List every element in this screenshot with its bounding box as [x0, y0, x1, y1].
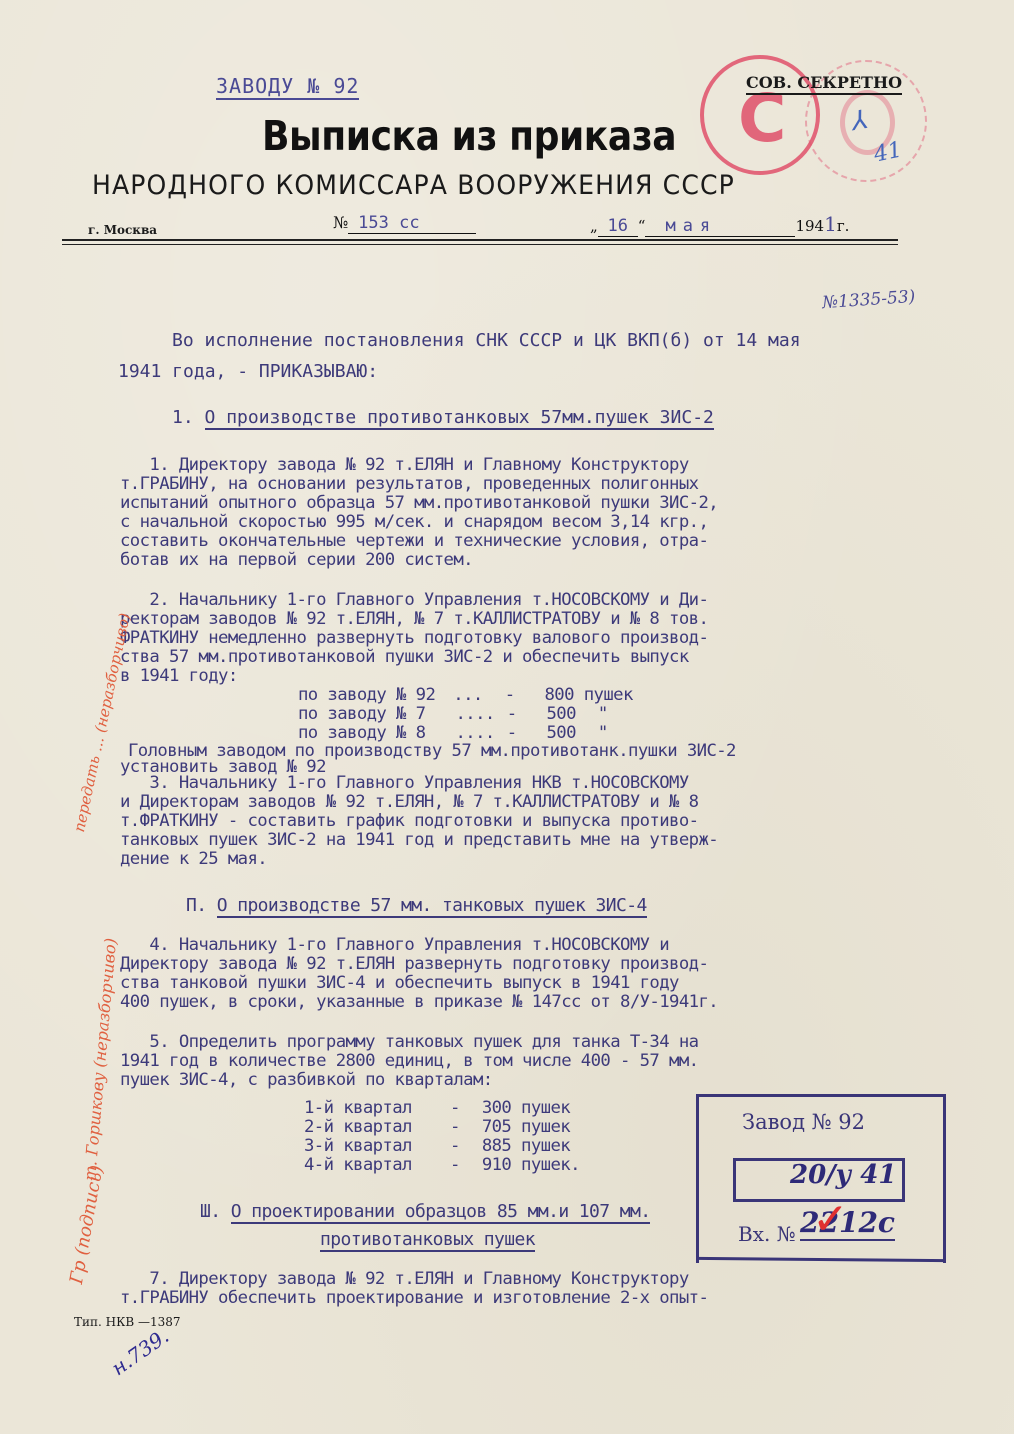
date-month: мая	[645, 216, 795, 237]
dots: ...	[453, 685, 482, 705]
qty: 885	[482, 1136, 511, 1156]
item-4-line-4: 400 пушек, в сроки, указанные в приказе …	[120, 993, 718, 1012]
unit: пушек	[521, 1098, 570, 1118]
quarter-row: 3-й квартал-885 пушек	[304, 1137, 580, 1156]
item-1-line-3: испытаний опытного образца 57 мм.противо…	[120, 494, 718, 513]
item-1-line-6: ботав их на первой серии 200 систем.	[120, 551, 473, 570]
date-year-prefix: 194	[795, 217, 824, 235]
registration-date: 20/у 41	[790, 1160, 896, 1190]
plant: по заводу № 7	[298, 704, 425, 724]
quote-open: „	[590, 217, 598, 235]
red-check-mark-icon: ✓	[812, 1194, 849, 1245]
item-7-line-2: т.ГРАБИНУ обеспечить проектирование и из…	[120, 1289, 708, 1308]
document-subtitle: НАРОДНОГО КОМИССАРА ВООРУЖЕНИЯ СССР	[92, 170, 735, 201]
date-day: 16	[598, 216, 638, 237]
allocation-table: по заводу № 92...-800 пушек по заводу № …	[298, 686, 633, 743]
plant: по заводу № 8	[298, 723, 425, 743]
allocation-row: по заводу № 7....-500"	[298, 705, 633, 724]
issue-city: г. Москва	[88, 223, 157, 237]
unit: "	[598, 723, 608, 743]
item-3-line-4: танковых пушек ЗИС-2 на 1941 год и предс…	[120, 831, 718, 850]
section-2-heading: П. О производстве 57 мм. танковых пушек …	[186, 896, 647, 915]
item-4-line-1: 4. Начальнику 1-го Главного Управления т…	[120, 936, 669, 955]
preamble-line-2: 1941 года, - ПРИКАЗЫВАЮ:	[118, 358, 378, 386]
header-rule-thin	[62, 244, 898, 245]
section-3-heading-line-2: противотанковых пушек	[320, 1230, 535, 1249]
order-date: „16“мая1941г.	[590, 212, 849, 237]
item-3-line-3: т.ФРАТКИНУ - составить график подготовки…	[120, 812, 698, 831]
item-4-line-3: ства танковой пушки ЗИС-4 и обеспечить в…	[120, 974, 679, 993]
quarter: 4-й квартал	[304, 1156, 450, 1175]
item-1-line-1: 1. Директору завода № 92 т.ЕЛЯН и Главно…	[120, 456, 689, 475]
item-3-line-5: дение к 25 мая.	[120, 850, 267, 869]
quarters-table: 1-й квартал-300 пушек 2-й квартал-705 пу…	[304, 1099, 580, 1175]
order-number-value: 153 сс	[348, 213, 476, 234]
incoming-label: Вх. №	[738, 1222, 796, 1246]
unit: пушек.	[521, 1155, 580, 1175]
plant: по заводу № 92	[298, 685, 435, 705]
section-2-number: П.	[186, 895, 206, 916]
number-sign: №	[333, 213, 348, 232]
unit: пушек	[584, 685, 633, 705]
quarter: 1-й квартал	[304, 1099, 450, 1118]
unit: "	[598, 704, 608, 724]
qty: 910	[482, 1155, 511, 1175]
item-2-line-2: ректорам заводов № 92 т.ЕЛЯН, № 7 т.КАЛЛ…	[120, 610, 708, 629]
preamble-line-1: Во исполнение постановления СНК СССР и Ц…	[172, 327, 801, 355]
dots: ....	[455, 704, 494, 724]
quarter: 3-й квартал	[304, 1137, 450, 1156]
section-3-heading-line-1: Ш. О проектировании образцов 85 мм.и 107…	[200, 1202, 650, 1221]
item-1-line-5: составить окончательные чертежи и технич…	[120, 532, 708, 551]
item-2-line-3: ФРАТКИНУ немедленно развернуть подготовк…	[120, 629, 708, 648]
item-5-line-2: 1941 год в количестве 2800 единиц, в том…	[120, 1052, 698, 1071]
qty: 500	[547, 704, 576, 724]
addressee-stamp: ЗАВОДУ № 92	[216, 74, 359, 100]
qty: 800	[545, 685, 574, 705]
order-number: №153 сс	[333, 213, 476, 234]
date-year-end: г.	[837, 217, 850, 235]
qty: 500	[547, 723, 576, 743]
quarter-row: 2-й квартал-705 пушек	[304, 1118, 580, 1137]
item-3-line-2: и Директорам заводов № 92 т.ЕЛЯН, № 7 т.…	[120, 793, 698, 812]
item-2-line-1: 2. Начальнику 1-го Главного Управления т…	[120, 591, 708, 610]
item-2-line-5: в 1941 году:	[120, 667, 238, 686]
unit: пушек	[521, 1136, 570, 1156]
item-1-line-2: т.ГРАБИНУ, на основании результатов, про…	[120, 475, 698, 494]
quarter-row: 4-й квартал-910 пушек.	[304, 1156, 580, 1175]
item-5-line-1: 5. Определить программу танковых пушек д…	[120, 1033, 698, 1052]
section-1-title: О производстве противотанковых 57мм.пуше…	[205, 407, 714, 430]
section-1-heading: 1. О производстве противотанковых 57мм.п…	[172, 404, 714, 432]
quote-close: “	[638, 217, 646, 235]
item-2-line-4: ства 57 мм.противотанковой пушки ЗИС-2 и…	[120, 648, 689, 667]
section-1-number: 1.	[172, 407, 194, 428]
printer-imprint: Тип. НКВ —1387	[74, 1315, 181, 1329]
dots: ....	[455, 723, 494, 743]
item-3-line-1: 3. Начальнику 1-го Главного Управления Н…	[120, 774, 689, 793]
header-rule-thick	[62, 239, 898, 241]
item-7-line-1: 7. Директору завода № 92 т.ЕЛЯН и Главно…	[120, 1270, 689, 1289]
date-year-suffix: 1	[824, 212, 837, 236]
item-5-line-3: пушек ЗИС-4, с разбивкой по кварталам:	[120, 1071, 493, 1090]
quarter-row: 1-й квартал-300 пушек	[304, 1099, 580, 1118]
unit: пушек	[521, 1117, 570, 1137]
quarter: 2-й квартал	[304, 1118, 450, 1137]
section-2-title: О производстве 57 мм. танковых пушек ЗИС…	[217, 895, 647, 918]
qty: 300	[482, 1098, 511, 1118]
item-1-line-4: с начальной скоростью 995 м/сек. и снаря…	[120, 513, 708, 532]
allocation-row: по заводу № 92...-800 пушек	[298, 686, 633, 705]
item-4-line-2: Директору завода № 92 т.ЕЛЯН развернуть …	[120, 955, 708, 974]
document-title: Выписка из приказа	[262, 112, 676, 160]
section-3-title-line-2: противотанковых пушек	[320, 1229, 535, 1252]
section-3-title-line-1: О проектировании образцов 85 мм.и 107 мм…	[231, 1201, 651, 1224]
registration-stamp-title: Завод № 92	[742, 1110, 865, 1134]
qty: 705	[482, 1117, 511, 1137]
section-3-number: Ш.	[200, 1201, 220, 1222]
classification-label: СОВ. СЕКРЕТНО	[746, 73, 902, 95]
